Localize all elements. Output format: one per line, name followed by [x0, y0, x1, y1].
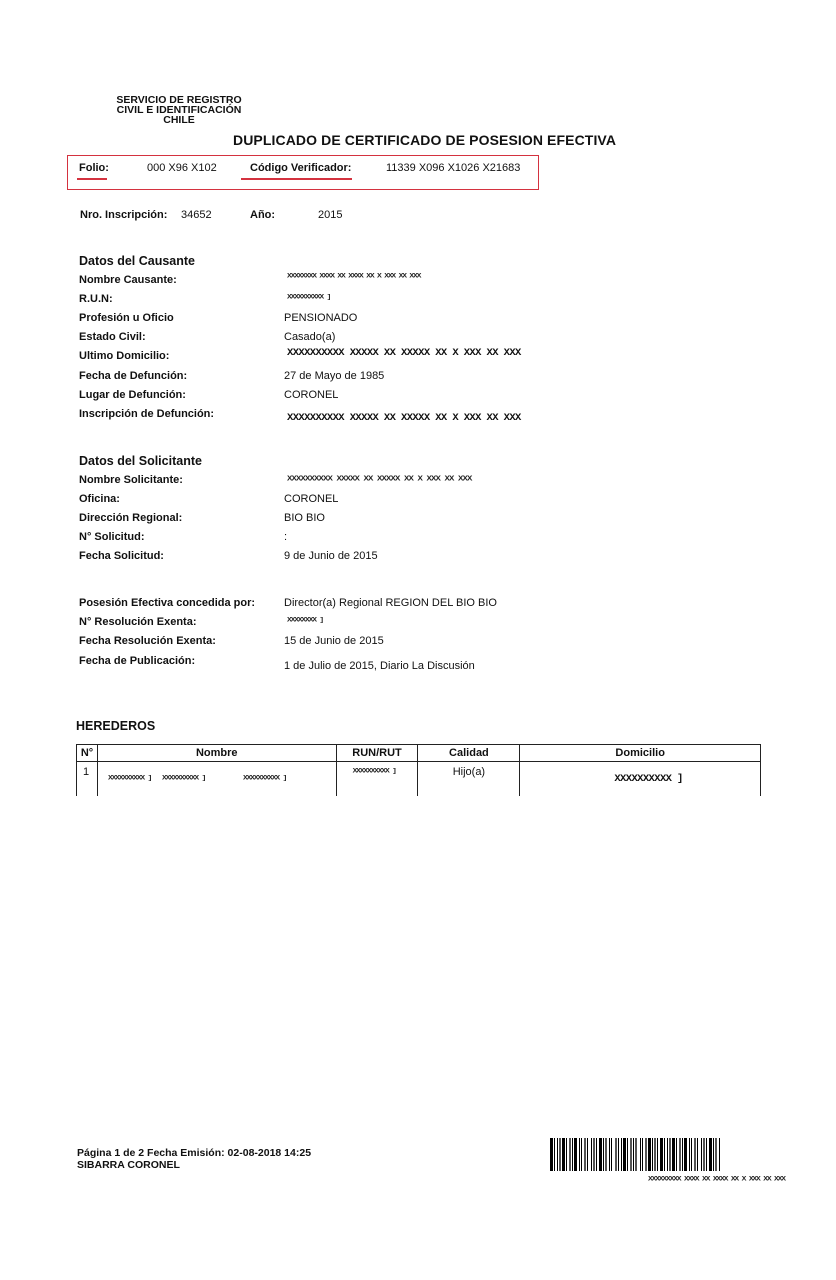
- field-label: Estado Civil:: [79, 331, 146, 343]
- codigo-underline: [241, 178, 352, 180]
- folio-value: 000 X96 X102: [147, 162, 217, 174]
- codigo-verificador-value: 11339 X096 X1026 X21683: [386, 162, 520, 174]
- field-label: Fecha Solicitud:: [79, 550, 164, 562]
- field-label: Inscripción de Defunción:: [79, 408, 214, 420]
- anio-label: Año:: [250, 209, 275, 221]
- footer-operator-office: SIBARRA CORONEL: [77, 1159, 311, 1171]
- barcode-bar: [720, 1138, 721, 1171]
- field-value: Director(a) Regional REGION DEL BIO BIO: [284, 597, 497, 609]
- field-label: Nombre Causante:: [79, 274, 177, 286]
- heir-nombre: XXXXXXXXXX ] XXXXXXXXXX ] XXXXXXXXXX ]: [97, 762, 336, 797]
- field-label: Fecha de Defunción:: [79, 370, 187, 382]
- column-header-domicilio: Domicilio: [520, 745, 761, 762]
- footer-page-and-date: Página 1 de 2 Fecha Emisión: 02-08-2018 …: [77, 1147, 311, 1159]
- field-value: 9 de Junio de 2015: [284, 550, 378, 562]
- column-header-calidad: Calidad: [418, 745, 520, 762]
- field-label: Dirección Regional:: [79, 512, 182, 524]
- field-label: N° Solicitud:: [79, 531, 145, 543]
- heir-domicilio-value: XXXXXXXXXX ]: [614, 773, 682, 785]
- field-value: XXXXXXXXXX XXXXX XX XXXXX XX X XXX XX XX…: [287, 347, 521, 359]
- field-value: PENSIONADO: [284, 312, 357, 324]
- field-label: Lugar de Defunción:: [79, 389, 186, 401]
- heir-number: 1: [77, 762, 98, 797]
- field-value: 27 de Mayo de 1985: [284, 370, 384, 382]
- field-label: Fecha de Publicación:: [79, 655, 195, 667]
- field-label: Ultimo Domicilio:: [79, 350, 169, 362]
- document-title: DUPLICADO DE CERTIFICADO DE POSESION EFE…: [233, 132, 616, 148]
- column-header-n: N°: [77, 745, 98, 762]
- field-value: :: [284, 531, 287, 543]
- field-label: Nombre Solicitante:: [79, 474, 183, 486]
- folio-underline: [77, 178, 107, 180]
- field-value: XXXXXXXX ]: [287, 617, 323, 624]
- nro-inscripcion-label: Nro. Inscripción:: [80, 209, 167, 221]
- heir-calidad: Hijo(a): [418, 762, 520, 797]
- heir-domicilio: XXXXXXXXXX ]: [520, 762, 761, 797]
- field-value: 1 de Julio de 2015, Diario La Discusión: [284, 660, 475, 672]
- page-footer: Página 1 de 2 Fecha Emisión: 02-08-2018 …: [77, 1147, 311, 1171]
- nro-inscripcion-value: 34652: [181, 209, 212, 221]
- heir-run: XXXXXXXXXX ]: [336, 762, 418, 797]
- solicitante-heading: Datos del Solicitante: [79, 454, 202, 468]
- field-value: 15 de Junio de 2015: [284, 635, 384, 647]
- field-value: XXXXXXXXXX XXXXX XX XXXXX XX X XXX XX XX…: [287, 412, 521, 424]
- codigo-verificador-label: Código Verificador:: [250, 162, 351, 174]
- folio-label: Folio:: [79, 162, 109, 174]
- field-label: Fecha Resolución Exenta:: [79, 635, 216, 647]
- field-value: Casado(a): [284, 331, 335, 343]
- field-value: XXXXXXXXXX ]: [287, 294, 330, 301]
- field-value: XXXXXXXXXX XXXXX XX XXXXX XX X XXX XX XX…: [287, 475, 472, 483]
- field-value: XXXXXXXX XXXX XX XXXX XX X XXX XX XXX: [287, 273, 420, 280]
- table-row: 1 XXXXXXXXXX ] XXXXXXXXXX ] XXXXXXXXXX ]…: [77, 762, 761, 797]
- field-label: N° Resolución Exenta:: [79, 616, 196, 628]
- barcode-caption: XXXXXXXXX XXXX XX XXXX XX X XXX XX XXX: [648, 1176, 785, 1183]
- field-value: CORONEL: [284, 493, 338, 505]
- field-label: Posesión Efectiva concedida por:: [79, 597, 255, 609]
- barcode: [550, 1138, 823, 1171]
- herederos-header-row: N° Nombre RUN/RUT Calidad Domicilio: [77, 745, 761, 762]
- field-value: BIO BIO: [284, 512, 325, 524]
- issuing-organization: SERVICIO DE REGISTRO CIVIL E IDENTIFICAC…: [114, 95, 244, 125]
- field-label: Oficina:: [79, 493, 120, 505]
- herederos-heading: HEREDEROS: [76, 719, 155, 733]
- column-header-run: RUN/RUT: [336, 745, 418, 762]
- column-header-nombre: Nombre: [97, 745, 336, 762]
- field-label: Profesión u Oficio: [79, 312, 174, 324]
- org-line-3: CHILE: [114, 115, 244, 125]
- heir-nombre-part-2: XXXXXXXXXX ]: [162, 775, 205, 782]
- field-value: CORONEL: [284, 389, 338, 401]
- causante-heading: Datos del Causante: [79, 254, 195, 268]
- herederos-table: N° Nombre RUN/RUT Calidad Domicilio 1 XX…: [76, 744, 761, 796]
- heir-nombre-part-3: XXXXXXXXXX ]: [243, 775, 286, 782]
- field-label: R.U.N:: [79, 293, 113, 305]
- anio-value: 2015: [318, 209, 342, 221]
- heir-nombre-part-1: XXXXXXXXXX ]: [108, 775, 151, 782]
- heir-run-value: XXXXXXXXXX ]: [353, 768, 396, 775]
